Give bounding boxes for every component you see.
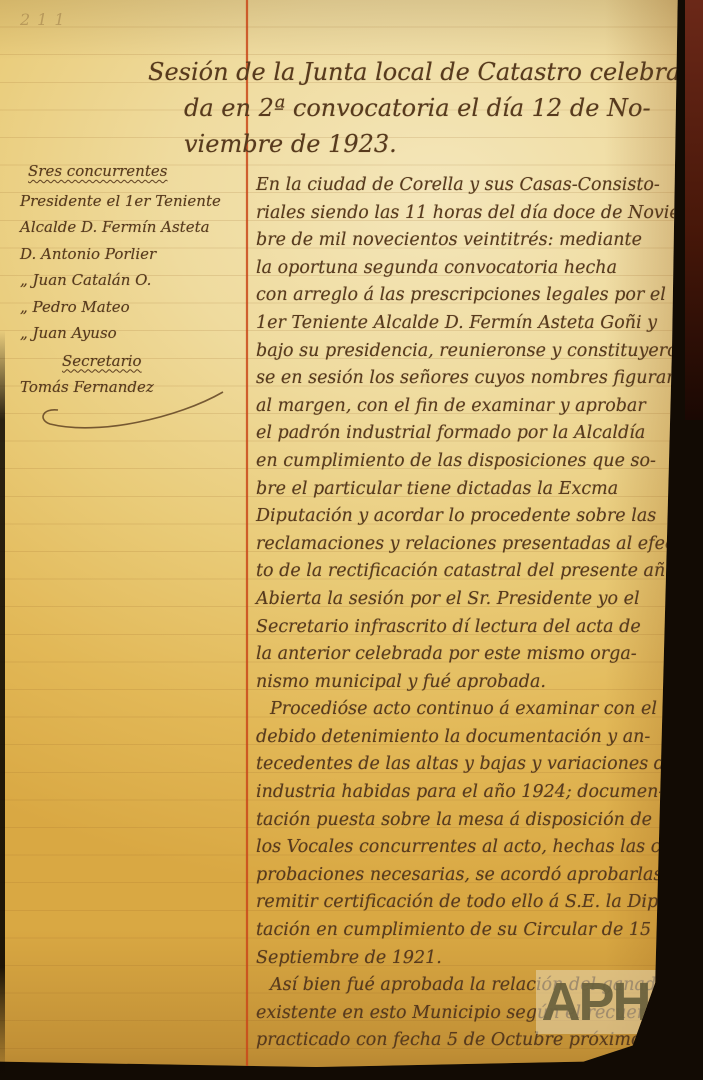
manuscript-line: probaciones necesarias, se acordó aproba… <box>256 862 696 890</box>
manuscript-line: „ Juan Ayuso <box>20 320 242 347</box>
manuscript-line: reclamaciones y relaciones presentadas a… <box>256 531 696 559</box>
manuscript-line: D. Antonio Porlier <box>20 241 242 268</box>
attendees-list: Presidente el 1er TenienteAlcalde D. Fer… <box>20 188 242 347</box>
manuscript-line: tación puesta sobre la mesa á disposició… <box>256 807 696 835</box>
manuscript-line: la anterior celebrada por este mismo org… <box>256 641 696 669</box>
manuscript-line: bre de mil novecientos veintitrés: media… <box>256 227 696 255</box>
manuscript-line: con arreglo á las prescripciones legales… <box>256 282 696 310</box>
manuscript-line: el padrón industrial formado por la Alca… <box>256 420 696 448</box>
manuscript-line: Abierta la sesión por el Sr. Presidente … <box>256 586 696 614</box>
title-line: Sesión de la Junta local de Catastro cel… <box>148 54 693 90</box>
manuscript-line: en cumplimiento de las disposiciones que… <box>256 448 696 476</box>
manuscript-line: Alcalde D. Fermín Asteta <box>20 214 242 241</box>
manuscript-page: 211 Sesión de la Junta local de Catastro… <box>0 0 703 1080</box>
photo-vignette <box>0 0 703 60</box>
manuscript-line: Procedióse acto continuo á examinar con … <box>256 696 696 724</box>
manuscript-line: 1er Teniente Alcalde D. Fermín Asteta Go… <box>256 310 696 338</box>
manuscript-line: bajo su presidencia, reunieronse y const… <box>256 338 696 366</box>
minutes-body-text: En la ciudad de Corella y sus Casas-Cons… <box>256 172 696 1055</box>
manuscript-line: Diputación y acordar lo procedente sobre… <box>256 503 696 531</box>
paragraph-examination: Procedióse acto continuo á examinar con … <box>256 696 696 972</box>
photo-edge-shadow <box>0 330 5 1080</box>
manuscript-line: En la ciudad de Corella y sus Casas-Cons… <box>256 172 696 200</box>
manuscript-line: riales siendo las 11 horas del día doce … <box>256 200 696 228</box>
attendees-margin-notes: Sres concurrentes Presidente el 1er Teni… <box>20 158 242 401</box>
manuscript-line: los Vocales concurrentes al acto, hechas… <box>256 834 696 862</box>
manuscript-line: „ Juan Catalán O. <box>20 267 242 294</box>
manuscript-line: Secretario infrascrito dí lectura del ac… <box>256 614 696 642</box>
manuscript-line: al margen, con el fin de examinar y apro… <box>256 393 696 421</box>
manuscript-line: la oportuna segunda convocatoria hecha <box>256 255 696 283</box>
margin-rule-line <box>246 0 248 1080</box>
session-title: Sesión de la Junta local de Catastro cel… <box>148 54 693 162</box>
manuscript-line: remitir certificación de todo ello á S.E… <box>256 889 696 917</box>
manuscript-line: se en sesión los señores cuyos nombres f… <box>256 365 696 393</box>
manuscript-line: tecedentes de las altas y bajas y variac… <box>256 751 696 779</box>
manuscript-line: Presidente el 1er Teniente <box>20 188 242 215</box>
manuscript-line: Septiembre de 1921. <box>256 945 696 973</box>
page-number: 211 <box>20 10 72 29</box>
attendees-heading: Sres concurrentes <box>28 158 242 185</box>
manuscript-line: nismo municipal y fué aprobada. <box>256 669 696 697</box>
manuscript-line: debido detenimiento la documentación y a… <box>256 724 696 752</box>
title-line: da en 2ª convocatoria el día 12 de No- <box>184 90 693 126</box>
title-line: viembre de 1923. <box>184 126 693 162</box>
manuscript-line: industria habidas para el año 1924; docu… <box>256 779 696 807</box>
signature-flourish <box>28 388 238 443</box>
archive-watermark: APHC <box>536 970 692 1034</box>
adjacent-page-edge <box>685 0 703 420</box>
manuscript-line: tación en cumplimiento de su Circular de… <box>256 917 696 945</box>
paragraph-opening: En la ciudad de Corella y sus Casas-Cons… <box>256 172 696 696</box>
manuscript-line: to de la rectificación catastral del pre… <box>256 558 696 586</box>
secretary-heading: Secretario <box>62 348 242 375</box>
manuscript-line: bre el particular tiene dictadas la Excm… <box>256 476 696 504</box>
manuscript-photo: 211 Sesión de la Junta local de Catastro… <box>0 0 703 1080</box>
manuscript-line: „ Pedro Mateo <box>20 294 242 321</box>
